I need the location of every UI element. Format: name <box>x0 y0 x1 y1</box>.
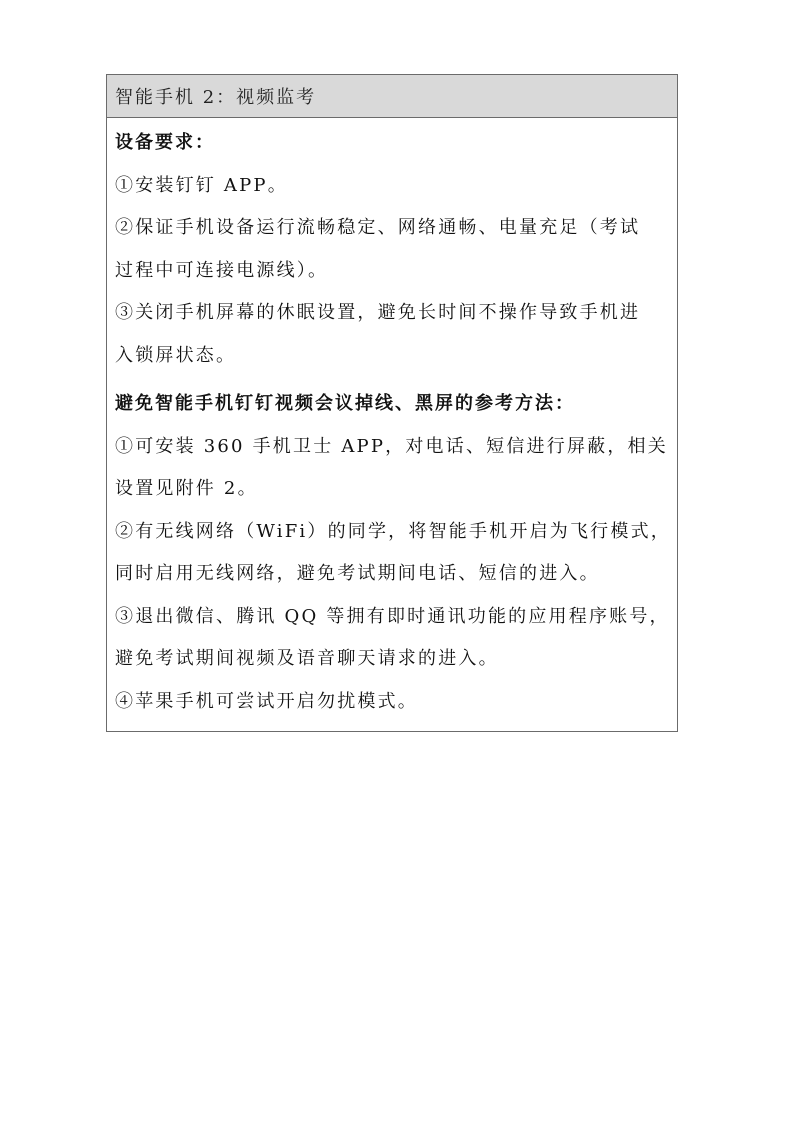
requirement-line: ②保证手机设备运行流畅稳定、网络通畅、电量充足（考试 <box>115 207 669 250</box>
method-line: 设置见附件 2。 <box>115 468 669 511</box>
section-title-device-requirements: 设备要求： <box>115 122 669 165</box>
method-line: ③退出微信、腾讯 QQ 等拥有即时通讯功能的应用程序账号， <box>115 596 669 639</box>
method-line: ②有无线网络（WiFi）的同学，将智能手机开启为飞行模式， <box>115 511 669 554</box>
header-title: 智能手机 2：视频监考 <box>115 83 316 109</box>
table-header: 智能手机 2：视频监考 <box>107 75 677 118</box>
method-line: ④苹果手机可尝试开启勿扰模式。 <box>115 681 669 724</box>
method-line: ①可安装 360 手机卫士 APP，对电话、短信进行屏蔽，相关 <box>115 426 669 469</box>
requirement-line: 过程中可连接电源线）。 <box>115 250 669 293</box>
method-line: 同时启用无线网络，避免考试期间电话、短信的进入。 <box>115 553 669 596</box>
requirement-line: ③关闭手机屏幕的休眠设置，避免长时间不操作导致手机进 <box>115 292 669 335</box>
table-body: 设备要求： ①安装钉钉 APP。 ②保证手机设备运行流畅稳定、网络通畅、电量充足… <box>107 118 677 731</box>
section-title-reference-methods: 避免智能手机钉钉视频会议掉线、黑屏的参考方法： <box>115 383 669 426</box>
requirement-line: ①安装钉钉 APP。 <box>115 165 669 208</box>
method-line: 避免考试期间视频及语音聊天请求的进入。 <box>115 638 669 681</box>
info-table: 智能手机 2：视频监考 设备要求： ①安装钉钉 APP。 ②保证手机设备运行流畅… <box>106 74 678 732</box>
requirement-line: 入锁屏状态。 <box>115 335 669 378</box>
